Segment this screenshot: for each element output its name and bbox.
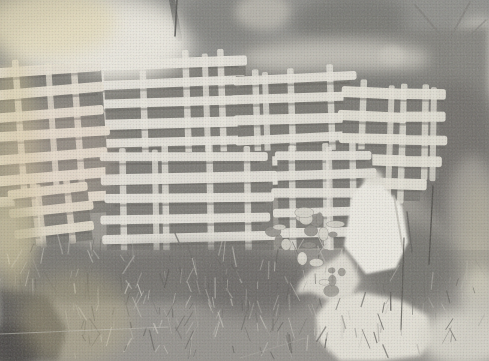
age-stains-scratches-grain-overlay xyxy=(0,0,489,361)
halftone-photograph xyxy=(0,0,489,361)
photo-canvas xyxy=(0,0,489,361)
